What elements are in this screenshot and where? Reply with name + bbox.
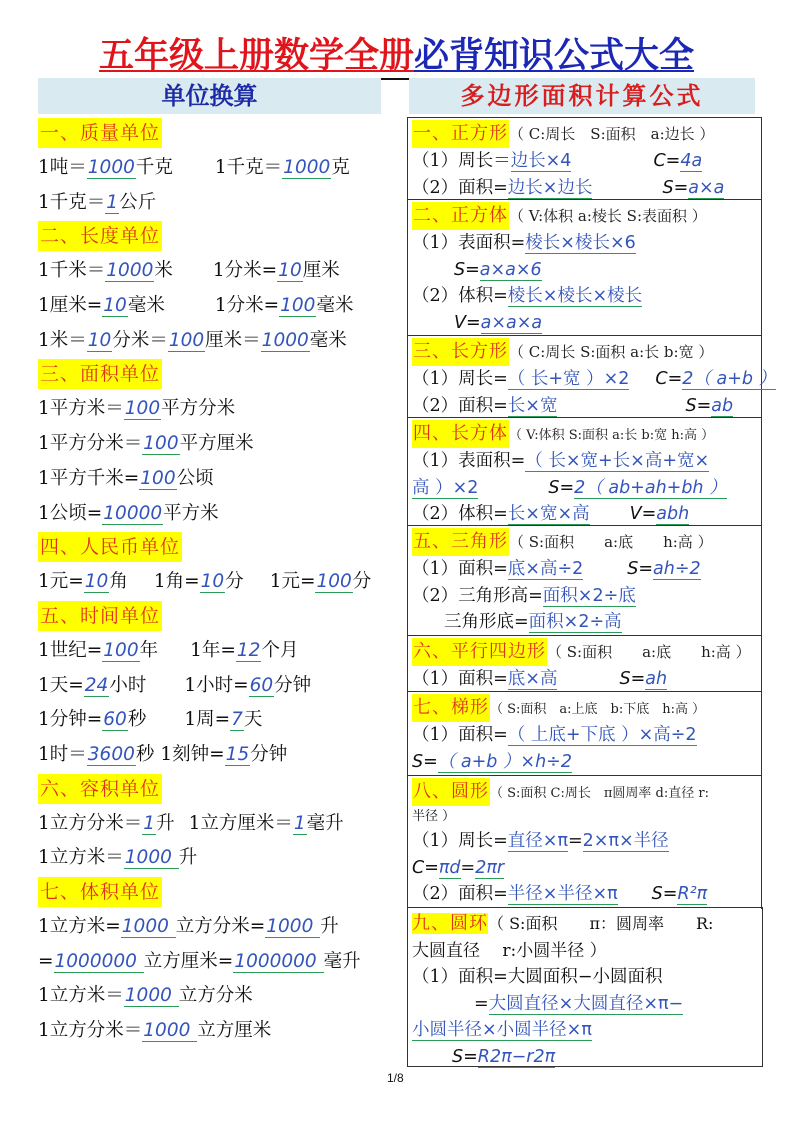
formula-answer: （ 长×宽+长×高+宽× bbox=[525, 451, 709, 472]
answer-blank: 100 bbox=[139, 468, 176, 490]
formula-answer: （ 上底+下底 ）×高÷2 bbox=[508, 725, 697, 746]
section-mass-units: 一、质量单位 bbox=[38, 118, 162, 148]
text: 1立方米＝ bbox=[38, 985, 124, 1006]
text: （1）表面积= bbox=[412, 233, 525, 253]
text: 1平方千米= bbox=[38, 468, 139, 489]
text: 1千克＝ bbox=[215, 157, 282, 178]
conversion-line: 1元=10角1角=10分1元=100分 bbox=[38, 565, 388, 600]
text: 千克 bbox=[136, 157, 173, 178]
box-title: 五、三角形 bbox=[412, 528, 509, 556]
box-title: 九、圆环 bbox=[412, 913, 488, 934]
conversion-line: 1平方分米＝100平方厘米 bbox=[38, 427, 388, 462]
text: （2）体积= bbox=[412, 504, 508, 524]
text: = bbox=[474, 994, 489, 1014]
title-red-part: 五年级上册数学全册 bbox=[99, 36, 414, 76]
answer-blank: 3600 bbox=[87, 744, 136, 766]
text: 厘米 bbox=[303, 260, 340, 281]
answer-blank: 100 bbox=[315, 571, 352, 593]
text: 秒 bbox=[128, 709, 147, 730]
text: （1）周长＝ bbox=[412, 151, 511, 171]
text: 1角= bbox=[154, 571, 200, 592]
formula-line: C=πd=2πr bbox=[412, 855, 757, 882]
symbol: S= bbox=[685, 396, 711, 416]
formula-box-square: 一、正方形（ C:周长 S:面积 a:边长 ） （1）周长＝边长×4C=4a （… bbox=[407, 117, 762, 199]
formula-line: =大圆直径×大圆直径×π− bbox=[412, 991, 758, 1018]
formula-box-cuboid: 四、长方体（ V:体积 S:面积 a:长 b:宽 h:高 ） （1）表面积=（ … bbox=[407, 417, 762, 525]
text: 1千克＝ bbox=[38, 192, 105, 213]
area-formula-column: 一、正方形（ C:周长 S:面积 a:边长 ） （1）周长＝边长×4C=4a （… bbox=[407, 117, 762, 909]
answer-blank: 100 bbox=[124, 398, 161, 420]
text: 年 bbox=[140, 640, 159, 661]
box-title: 一、正方形 bbox=[412, 120, 509, 148]
text: 立方分米 bbox=[179, 985, 253, 1006]
variable-legend: （ V:体积 a:棱长 S:表面积 ） bbox=[509, 207, 707, 225]
formula-answer: 长×宽×高 bbox=[508, 504, 590, 525]
symbol: V= bbox=[454, 313, 481, 333]
text: 米 bbox=[154, 260, 173, 281]
formula-line: 三角形底=面积×2÷高 bbox=[412, 609, 757, 636]
answer-blank: 1000 bbox=[124, 985, 179, 1007]
answer-blank: 1000 bbox=[124, 847, 179, 869]
formula-line: （1）周长=（ 长+宽 ）×2C=2（ a+b ） bbox=[412, 366, 757, 393]
text: 1吨＝ bbox=[38, 157, 87, 178]
text: = bbox=[38, 951, 54, 972]
formula-answer: ah bbox=[645, 669, 667, 690]
text: （2）面积= bbox=[412, 396, 508, 416]
formula-line: （1）面积=底×高S=ah bbox=[412, 666, 757, 693]
variable-legend: （ S:面积 C:周长 π圆周率 d:直径 r: bbox=[490, 786, 709, 801]
formula-answer: 底×高 bbox=[508, 669, 558, 690]
formula-line: （1）表面积=（ 长×宽+长×高+宽× bbox=[412, 448, 757, 475]
formula-answer: 2（ ab+ah+bh ） bbox=[574, 478, 726, 499]
conversion-line: =1000000 立方厘米=1000000 毫升 bbox=[38, 945, 388, 980]
answer-blank: 1000 bbox=[142, 1020, 197, 1042]
conversion-line: 1立方米＝1000 立方分米 bbox=[38, 979, 388, 1014]
text: 小时 bbox=[109, 675, 146, 696]
text: 立方厘米 bbox=[197, 1020, 271, 1041]
symbol: S= bbox=[619, 669, 645, 689]
box-title: 二、正方体 bbox=[412, 202, 509, 230]
formula-answer: 2×π×半径 bbox=[583, 831, 669, 852]
formula-line: V=a×a×a bbox=[412, 310, 757, 337]
text: 厘米＝ bbox=[205, 330, 261, 351]
text: 1刻钟= bbox=[160, 744, 224, 765]
variable-legend: （ S:面积 a:底 h:高 ） bbox=[509, 533, 713, 551]
answer-blank: 1 bbox=[105, 192, 119, 214]
conversion-line: 1米＝10分米＝100厘米＝1000毫米 bbox=[38, 324, 388, 359]
text: 1立方分米＝ bbox=[38, 1020, 142, 1041]
symbol: S= bbox=[412, 752, 438, 772]
formula-answer: （ a+b ）×h÷2 bbox=[438, 752, 572, 773]
text: 1立方厘米＝ bbox=[189, 813, 293, 834]
text: 分米＝ bbox=[112, 330, 168, 351]
formula-answer: （ 长+宽 ）×2 bbox=[508, 369, 630, 390]
section-currency-units: 四、人民币单位 bbox=[38, 532, 182, 562]
text: 毫米 bbox=[316, 295, 353, 316]
formula-answer: a×a×6 bbox=[480, 260, 542, 281]
formula-answer: 大圆直径×大圆直径×π− bbox=[489, 994, 684, 1015]
text: 立方厘米= bbox=[144, 951, 234, 972]
formula-line: （2）面积=边长×边长S=a×a bbox=[412, 175, 757, 202]
text: 升 bbox=[179, 847, 198, 868]
box-title: 七、梯形 bbox=[412, 694, 490, 722]
text: （2）体积= bbox=[412, 286, 508, 306]
text: 秒 bbox=[136, 744, 155, 765]
formula-answer: 4a bbox=[680, 151, 702, 172]
unit-conversion-column: 一、质量单位 1吨＝1000千克1千克＝1000克 1千克＝1公斤 二、长度单位… bbox=[38, 117, 388, 1049]
text: 分钟 bbox=[274, 675, 311, 696]
answer-blank: 1 bbox=[293, 813, 307, 835]
variable-legend: （ S:面积 π：圆周率 R: bbox=[488, 914, 713, 933]
symbol: C= bbox=[653, 151, 680, 171]
variable-legend: （ S:面积 a:底 h:高 ） bbox=[547, 643, 751, 661]
variable-legend-continued: 大圆直径 r:小圆半径 ） bbox=[412, 938, 758, 964]
symbol: S= bbox=[452, 1047, 478, 1067]
section-time-units: 五、时间单位 bbox=[38, 601, 162, 631]
text: 立方分米= bbox=[176, 916, 266, 937]
formula-box-annulus: 九、圆环（ S:面积 π：圆周率 R: 大圆直径 r:小圆半径 ） （1）面积=… bbox=[407, 907, 763, 1067]
variable-legend-continued: 半径 ） bbox=[412, 806, 757, 828]
formula-answer: a×a bbox=[688, 178, 724, 199]
formula-line: S=（ a+b ）×h÷2 bbox=[412, 749, 757, 776]
formula-answer: 小圆半径×小圆半径×π bbox=[412, 1020, 592, 1041]
text: 1立方分米＝ bbox=[38, 813, 142, 834]
formula-answer: ab bbox=[711, 396, 733, 417]
answer-blank: 1000 bbox=[105, 260, 154, 282]
text: 公斤 bbox=[119, 192, 156, 213]
answer-blank: 60 bbox=[102, 709, 128, 731]
answer-blank: 1000 bbox=[87, 157, 136, 179]
formula-line: （1）周长=直径×π=2×π×半径 bbox=[412, 828, 757, 855]
answer-blank: 10 bbox=[84, 571, 110, 593]
answer-blank: 100 bbox=[168, 330, 205, 352]
formula-answer: 面积×2÷高 bbox=[529, 612, 622, 633]
text: 天 bbox=[244, 709, 263, 730]
answer-blank: 100 bbox=[102, 640, 139, 662]
formula-box-triangle: 五、三角形（ S:面积 a:底 h:高 ） （1）面积=底×高÷2S=ah÷2 … bbox=[407, 525, 762, 635]
text: 分 bbox=[225, 571, 244, 592]
answer-blank: 1000000 bbox=[233, 951, 323, 973]
text: 分 bbox=[353, 571, 372, 592]
answer-blank: 100 bbox=[279, 295, 316, 317]
symbol: V= bbox=[630, 504, 657, 524]
text: 分钟 bbox=[250, 744, 287, 765]
answer-blank: 10 bbox=[200, 571, 226, 593]
variable-legend: （ V:体积 S:面积 a:长 b:宽 h:高 ） bbox=[509, 428, 714, 443]
answer-blank: 1 bbox=[142, 813, 156, 835]
area-formula-header: 多边形面积计算公式 bbox=[409, 78, 755, 114]
answer-blank: 1000000 bbox=[54, 951, 144, 973]
section-capacity-units: 六、容积单位 bbox=[38, 774, 162, 804]
text: （1）周长= bbox=[412, 831, 508, 851]
text: 1米＝ bbox=[38, 330, 87, 351]
text: = bbox=[568, 831, 583, 851]
formula-box-cube: 二、正方体（ V:体积 a:棱长 S:表面积 ） （1）表面积=棱长×棱长×6 … bbox=[407, 199, 762, 335]
text: 1立方米= bbox=[38, 916, 121, 937]
variable-legend: （ S:面积 a:上底 b:下底 h:高 ） bbox=[490, 702, 705, 717]
conversion-line: 1千克＝1公斤 bbox=[38, 186, 388, 221]
formula-answer: 棱长×棱长×棱长 bbox=[508, 286, 642, 307]
symbol: S= bbox=[627, 559, 653, 579]
formula-answer: 直径×π bbox=[508, 831, 568, 852]
box-title: 八、圆形 bbox=[412, 778, 490, 806]
text: （1）周长= bbox=[412, 369, 508, 389]
symbol: C= bbox=[655, 369, 682, 389]
text: 个月 bbox=[261, 640, 298, 661]
box-title: 六、平行四边形 bbox=[412, 638, 547, 666]
conversion-line: 1立方米=1000 立方分米=1000 升 bbox=[38, 910, 388, 945]
title-blue-part: 必背知识公式大全 bbox=[414, 36, 694, 76]
answer-blank: 10 bbox=[277, 260, 303, 282]
text: （2）三角形高= bbox=[412, 586, 543, 606]
conversion-line: 1千米＝1000米1分米=10厘米 bbox=[38, 254, 388, 289]
formula-line: （2）体积=棱长×棱长×棱长 bbox=[412, 283, 757, 310]
symbol: C= bbox=[412, 858, 439, 878]
symbol: S= bbox=[662, 178, 688, 198]
formula-line: （2）三角形高=面积×2÷底 bbox=[412, 583, 757, 610]
text: 1分米= bbox=[213, 260, 277, 281]
formula-box-rectangle: 三、长方形（ C:周长 S:面积 a:长 b:宽 ） （1）周长=（ 长+宽 ）… bbox=[407, 335, 762, 417]
formula-answer: a×a×a bbox=[481, 313, 543, 334]
text: 毫米 bbox=[310, 330, 347, 351]
header-divider bbox=[381, 78, 409, 80]
formula-line: （1）面积=大圆面积−小圆面积 bbox=[412, 964, 758, 991]
conversion-line: 1平方米＝100平方分米 bbox=[38, 392, 388, 427]
formula-line: 高 ）×2S=2（ ab+ah+bh ） bbox=[412, 475, 757, 502]
text: （2）面积= bbox=[412, 884, 508, 904]
formula-box-trapezoid: 七、梯形（ S:面积 a:上底 b:下底 h:高 ） （1）面积=（ 上底+下底… bbox=[407, 691, 762, 775]
answer-blank: 15 bbox=[225, 744, 251, 766]
text: （1）表面积= bbox=[412, 451, 525, 471]
variable-legend: （ C:周长 S:面积 a:边长 ） bbox=[509, 125, 714, 143]
formula-answer: ah÷2 bbox=[653, 559, 701, 580]
conversion-line: 1分钟=60秒1周=7天 bbox=[38, 703, 388, 738]
conversion-line: 1吨＝1000千克1千克＝1000克 bbox=[38, 151, 388, 186]
box-title: 三、长方形 bbox=[412, 338, 509, 366]
document-title: 五年级上册数学全册必背知识公式大全 bbox=[0, 34, 793, 78]
answer-blank: 10 bbox=[87, 330, 113, 352]
text: 公顷 bbox=[177, 468, 214, 489]
text: 1立方米＝ bbox=[38, 847, 124, 868]
formula-line: （1）面积=（ 上底+下底 ）×高÷2 bbox=[412, 722, 757, 749]
text: 升 bbox=[320, 916, 339, 937]
formula-answer: 半径×半径×π bbox=[508, 884, 618, 905]
text: 1天= bbox=[38, 675, 84, 696]
answer-blank: 1000 bbox=[265, 916, 320, 938]
variable-legend: （ C:周长 S:面积 a:长 b:宽 ） bbox=[509, 343, 713, 361]
text: （1）面积= bbox=[412, 669, 508, 689]
answer-blank: 10 bbox=[102, 295, 128, 317]
text: （1）面积=大圆面积−小圆面积 bbox=[412, 967, 662, 987]
conversion-line: 1立方分米＝1升1立方厘米＝1毫升 bbox=[38, 807, 388, 842]
box-title: 四、长方体 bbox=[412, 420, 509, 448]
text: 升 bbox=[156, 813, 175, 834]
formula-answer: 高 ）×2 bbox=[412, 478, 478, 499]
formula-answer: 2（ a+b ） bbox=[682, 369, 776, 390]
formula-answer: πd bbox=[439, 858, 461, 879]
formula-line: （1）表面积=棱长×棱长×6 bbox=[412, 230, 757, 257]
text: 毫米 bbox=[128, 295, 165, 316]
text: 1分米= bbox=[215, 295, 279, 316]
text: 1平方米＝ bbox=[38, 398, 124, 419]
answer-blank: 12 bbox=[236, 640, 262, 662]
text: 1世纪= bbox=[38, 640, 102, 661]
formula-line: （2）面积=长×宽S=ab bbox=[412, 393, 757, 420]
page-number: 1/8 bbox=[387, 1071, 404, 1085]
conversion-line: 1世纪=100年1年=12个月 bbox=[38, 634, 388, 669]
section-area-units: 三、面积单位 bbox=[38, 359, 162, 389]
formula-answer: R²π bbox=[677, 884, 707, 905]
answer-blank: 100 bbox=[142, 433, 179, 455]
formula-answer: 底×高÷2 bbox=[508, 559, 583, 580]
text: 1平方分米＝ bbox=[38, 433, 142, 454]
formula-box-circle: 八、圆形（ S:面积 C:周长 π圆周率 d:直径 r: 半径 ） （1）周长=… bbox=[407, 775, 762, 909]
text: 角 bbox=[109, 571, 128, 592]
text: 毫升 bbox=[324, 951, 361, 972]
text: 克 bbox=[331, 157, 350, 178]
text: 1元= bbox=[270, 571, 316, 592]
text: 1千米＝ bbox=[38, 260, 105, 281]
answer-blank: 7 bbox=[230, 709, 244, 731]
text: （2）面积= bbox=[412, 178, 508, 198]
formula-line: S=a×a×6 bbox=[412, 257, 757, 284]
formula-line: （1）周长＝边长×4C=4a bbox=[412, 148, 757, 175]
text: 1小时= bbox=[184, 675, 248, 696]
formula-line: S=R2π−r2π bbox=[412, 1044, 758, 1071]
formula-answer: 面积×2÷底 bbox=[543, 586, 636, 607]
conversion-line: 1立方分米＝1000 立方厘米 bbox=[38, 1014, 388, 1049]
text: 1分钟= bbox=[38, 709, 102, 730]
text: 1元= bbox=[38, 571, 84, 592]
text: 1周= bbox=[184, 709, 230, 730]
text: 平方米 bbox=[163, 503, 219, 524]
formula-line: （1）面积=底×高÷2S=ah÷2 bbox=[412, 556, 757, 583]
conversion-line: 1平方千米=100公顷 bbox=[38, 462, 388, 497]
text: = bbox=[461, 858, 476, 878]
text: 平方厘米 bbox=[180, 433, 254, 454]
text: 1公顷= bbox=[38, 503, 102, 524]
text: （1）面积= bbox=[412, 725, 508, 745]
symbol: S= bbox=[548, 478, 574, 498]
answer-blank: 60 bbox=[249, 675, 275, 697]
text: 1年= bbox=[190, 640, 236, 661]
formula-box-parallelogram: 六、平行四边形（ S:面积 a:底 h:高 ） （1）面积=底×高S=ah bbox=[407, 635, 762, 691]
formula-line: （2）面积=半径×半径×πS=R²π bbox=[412, 881, 757, 908]
text: 毫升 bbox=[307, 813, 344, 834]
text: 1时＝ bbox=[38, 744, 87, 765]
conversion-line: 1公顷=10000平方米 bbox=[38, 497, 388, 532]
unit-conversion-header: 单位换算 bbox=[38, 78, 381, 114]
formula-answer: abh bbox=[656, 504, 689, 525]
section-length-units: 二、长度单位 bbox=[38, 221, 162, 251]
conversion-line: 1立方米＝1000 升 bbox=[38, 841, 388, 876]
formula-answer: R2π−r2π bbox=[478, 1047, 555, 1068]
conversion-line: 1时＝3600秒1刻钟=15分钟 bbox=[38, 738, 388, 773]
formula-line: 小圆半径×小圆半径×π bbox=[412, 1017, 758, 1044]
text: 1厘米= bbox=[38, 295, 102, 316]
symbol: S= bbox=[454, 260, 480, 280]
section-volume-units: 七、体积单位 bbox=[38, 877, 162, 907]
formula-answer: 边长×边长 bbox=[508, 178, 593, 199]
conversion-line: 1天=24小时1小时=60分钟 bbox=[38, 669, 388, 704]
conversion-line: 1厘米=10毫米1分米=100毫米 bbox=[38, 289, 388, 324]
answer-blank: 24 bbox=[84, 675, 110, 697]
formula-answer: 棱长×棱长×6 bbox=[525, 233, 635, 254]
answer-blank: 1000 bbox=[121, 916, 176, 938]
symbol: S= bbox=[652, 884, 678, 904]
answer-blank: 10000 bbox=[102, 503, 163, 525]
text: （1）面积= bbox=[412, 559, 508, 579]
answer-blank: 1000 bbox=[282, 157, 331, 179]
formula-line: （2）体积=长×宽×高V=abh bbox=[412, 501, 757, 528]
text: 平方分米 bbox=[161, 398, 235, 419]
formula-answer: 边长×4 bbox=[511, 151, 572, 172]
formula-answer: 2πr bbox=[475, 858, 504, 879]
formula-answer: 长×宽 bbox=[508, 396, 558, 417]
text: 三角形底= bbox=[444, 612, 529, 632]
answer-blank: 1000 bbox=[261, 330, 310, 352]
